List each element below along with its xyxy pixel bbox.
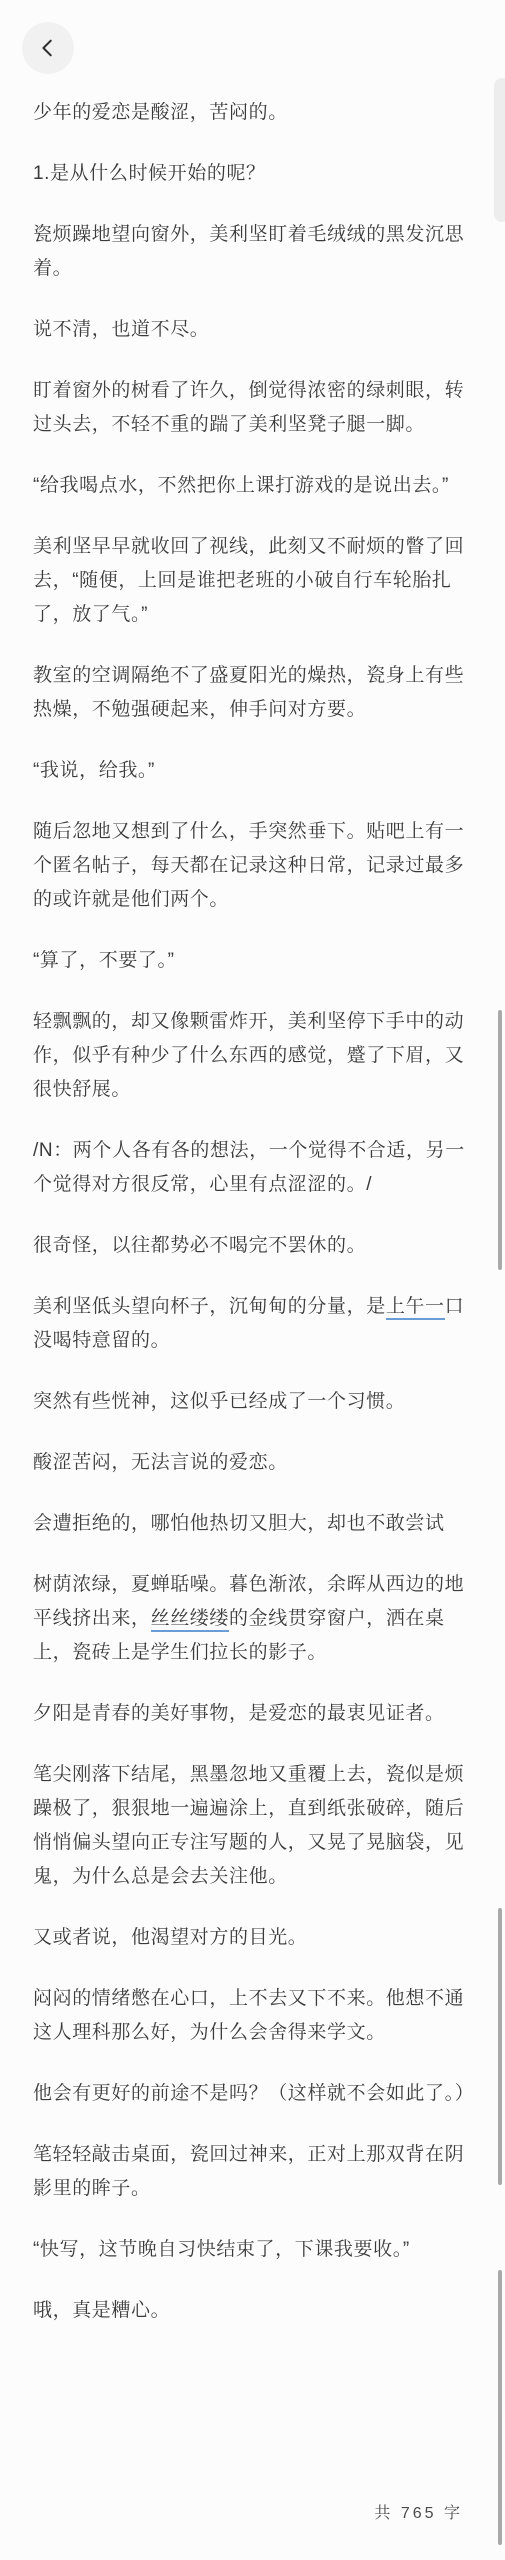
paragraph-text: 突然有些恍神，这似乎已经成了一个习惯。	[33, 1391, 405, 1412]
paragraph: 1.是从什么时候开始的呢？	[33, 157, 473, 191]
paragraph: “快写，这节晚自习快结束了，下课我要收。”	[33, 2233, 473, 2267]
paragraph: 随后忽地又想到了什么，手突然垂下。贴吧上有一个匿名帖子，每天都在记录这种日常，记…	[33, 815, 473, 917]
paragraph-text: 又或者说，他渴望对方的目光。	[33, 1927, 307, 1948]
paragraph-text: 他会有更好的前途不是吗？（这样就不会如此了。）	[33, 2083, 474, 2104]
paragraph-text: 随后忽地又想到了什么，手突然垂下。贴吧上有一个匿名帖子，每天都在记录这种日常，记…	[33, 821, 464, 910]
paragraph: 酸涩苦闷，无法言说的爱恋。	[33, 1446, 473, 1480]
paragraph-text: “给我喝点水，不然把你上课打游戏的是说出去。”	[33, 475, 449, 496]
paragraph-text: 会遭拒绝的，哪怕他热切又胆大，却也不敢尝试	[33, 1513, 445, 1534]
paragraph-text: 少年的爱恋是酸涩，苦闷的。	[33, 102, 288, 123]
paragraph: 他会有更好的前途不是吗？（这样就不会如此了。）	[33, 2077, 473, 2111]
paragraph: 美利坚早早就收回了视线，此刻又不耐烦的瞥了回去，“随便，上回是谁把老班的小破自行…	[33, 530, 473, 632]
paragraph-text: “算了，不要了。”	[33, 950, 175, 971]
paragraph: 又或者说，他渴望对方的目光。	[33, 1921, 473, 1955]
back-icon	[37, 37, 59, 59]
spellcheck-underlined-text: 上午一	[386, 1296, 445, 1320]
paragraph-text: 盯着窗外的树看了许久，倒觉得浓密的绿刺眼，转过头去，不轻不重的踹了美利坚凳子腿一…	[33, 380, 464, 435]
paragraph: “给我喝点水，不然把你上课打游戏的是说出去。”	[33, 469, 473, 503]
paragraph: 少年的爱恋是酸涩，苦闷的。	[33, 96, 473, 130]
paragraph-text: 笔轻轻敲击桌面，瓷回过神来，正对上那双背在阴影里的眸子。	[33, 2144, 464, 2199]
paragraph-text: 美利坚早早就收回了视线，此刻又不耐烦的瞥了回去，“随便，上回是谁把老班的小破自行…	[33, 536, 464, 625]
paragraph-text: 闷闷的情绪憋在心口，上不去又下不来。他想不通这人理科那么好，为什么会舍得来学文。	[33, 1988, 464, 2043]
reader-screen: 少年的爱恋是酸涩，苦闷的。1.是从什么时候开始的呢？瓷烦躁地望向窗外，美利坚盯着…	[0, 0, 505, 2560]
paragraph: “算了，不要了。”	[33, 944, 473, 978]
paragraph: 树荫浓绿，夏蝉聒噪。暮色渐浓，余晖从西边的地平线挤出来，丝丝缕缕的金线贯穿窗户，…	[33, 1568, 473, 1670]
paragraph-text: “我说，给我。”	[33, 760, 155, 781]
word-count-label: 共 765 字	[374, 2500, 463, 2523]
paragraph-text: 哦，真是糟心。	[33, 2300, 170, 2321]
paragraph-text: 教室的空调隔绝不了盛夏阳光的燥热，瓷身上有些热燥，不勉强硬起来，伸手问对方要。	[33, 665, 464, 720]
paragraph-text: 轻飘飘的，却又像颗雷炸开，美利坚停下手中的动作，似乎有种少了什么东西的感觉，蹙了…	[33, 1011, 464, 1100]
story-content: 少年的爱恋是酸涩，苦闷的。1.是从什么时候开始的呢？瓷烦躁地望向窗外，美利坚盯着…	[33, 96, 473, 2355]
paragraph: 美利坚低头望向杯子，沉甸甸的分量，是上午一口没喝特意留的。	[33, 1290, 473, 1358]
paragraph-text: 酸涩苦闷，无法言说的爱恋。	[33, 1452, 288, 1473]
paragraph-text: 1.是从什么时候开始的呢？	[33, 163, 266, 184]
paragraph: 说不清，也道不尽。	[33, 313, 473, 347]
paragraph-text: 瓷烦躁地望向窗外，美利坚盯着毛绒绒的黑发沉思着。	[33, 224, 464, 279]
scrollbar-thumb[interactable]	[498, 2270, 502, 2545]
paragraph-text: 很奇怪，以往都势必不喝完不罢休的。	[33, 1235, 366, 1256]
paragraph: 笔尖刚落下结尾，黑墨忽地又重覆上去，瓷似是烦躁极了，狠狠地一遍遍涂上，直到纸张破…	[33, 1758, 473, 1894]
paragraph: 夕阳是青春的美好事物，是爱恋的最衷见证者。	[33, 1697, 473, 1731]
paragraph-text: “快写，这节晚自习快结束了，下课我要收。”	[33, 2239, 410, 2260]
paragraph: 很奇怪，以往都势必不喝完不罢休的。	[33, 1229, 473, 1263]
paragraph-text: 夕阳是青春的美好事物，是爱恋的最衷见证者。	[33, 1703, 445, 1724]
paragraph-text: 说不清，也道不尽。	[33, 319, 209, 340]
paragraph: 突然有些恍神，这似乎已经成了一个习惯。	[33, 1385, 473, 1419]
paragraph: 哦，真是糟心。	[33, 2294, 473, 2328]
paragraph-text: 美利坚低头望向杯子，沉甸甸的分量，是	[33, 1296, 386, 1317]
paragraph: 轻飘飘的，却又像颗雷炸开，美利坚停下手中的动作，似乎有种少了什么东西的感觉，蹙了…	[33, 1005, 473, 1107]
back-button[interactable]	[22, 22, 74, 74]
paragraph: “我说，给我。”	[33, 754, 473, 788]
paragraph: 会遭拒绝的，哪怕他热切又胆大，却也不敢尝试	[33, 1507, 473, 1541]
paragraph: 盯着窗外的树看了许久，倒觉得浓密的绿刺眼，转过头去，不轻不重的踹了美利坚凳子腿一…	[33, 374, 473, 442]
paragraph-text: 笔尖刚落下结尾，黑墨忽地又重覆上去，瓷似是烦躁极了，狠狠地一遍遍涂上，直到纸张破…	[33, 1764, 464, 1887]
scrollbar-thumb[interactable]	[498, 1010, 502, 1270]
paragraph: 笔轻轻敲击桌面，瓷回过神来，正对上那双背在阴影里的眸子。	[33, 2138, 473, 2206]
paragraph: 闷闷的情绪憋在心口，上不去又下不来。他想不通这人理科那么好，为什么会舍得来学文。	[33, 1982, 473, 2050]
scrollbar-thumb[interactable]	[498, 1908, 502, 2185]
scrollbar-pill[interactable]	[494, 78, 505, 222]
paragraph: 教室的空调隔绝不了盛夏阳光的燥热，瓷身上有些热燥，不勉强硬起来，伸手问对方要。	[33, 659, 473, 727]
paragraph: /N：两个人各有各的想法，一个觉得不合适，另一个觉得对方很反常，心里有点涩涩的。…	[33, 1134, 473, 1202]
paragraph: 瓷烦躁地望向窗外，美利坚盯着毛绒绒的黑发沉思着。	[33, 218, 473, 286]
paragraph-text: /N：两个人各有各的想法，一个觉得不合适，另一个觉得对方很反常，心里有点涩涩的。…	[33, 1140, 465, 1195]
spellcheck-underlined-text: 丝丝缕缕	[151, 1608, 229, 1632]
